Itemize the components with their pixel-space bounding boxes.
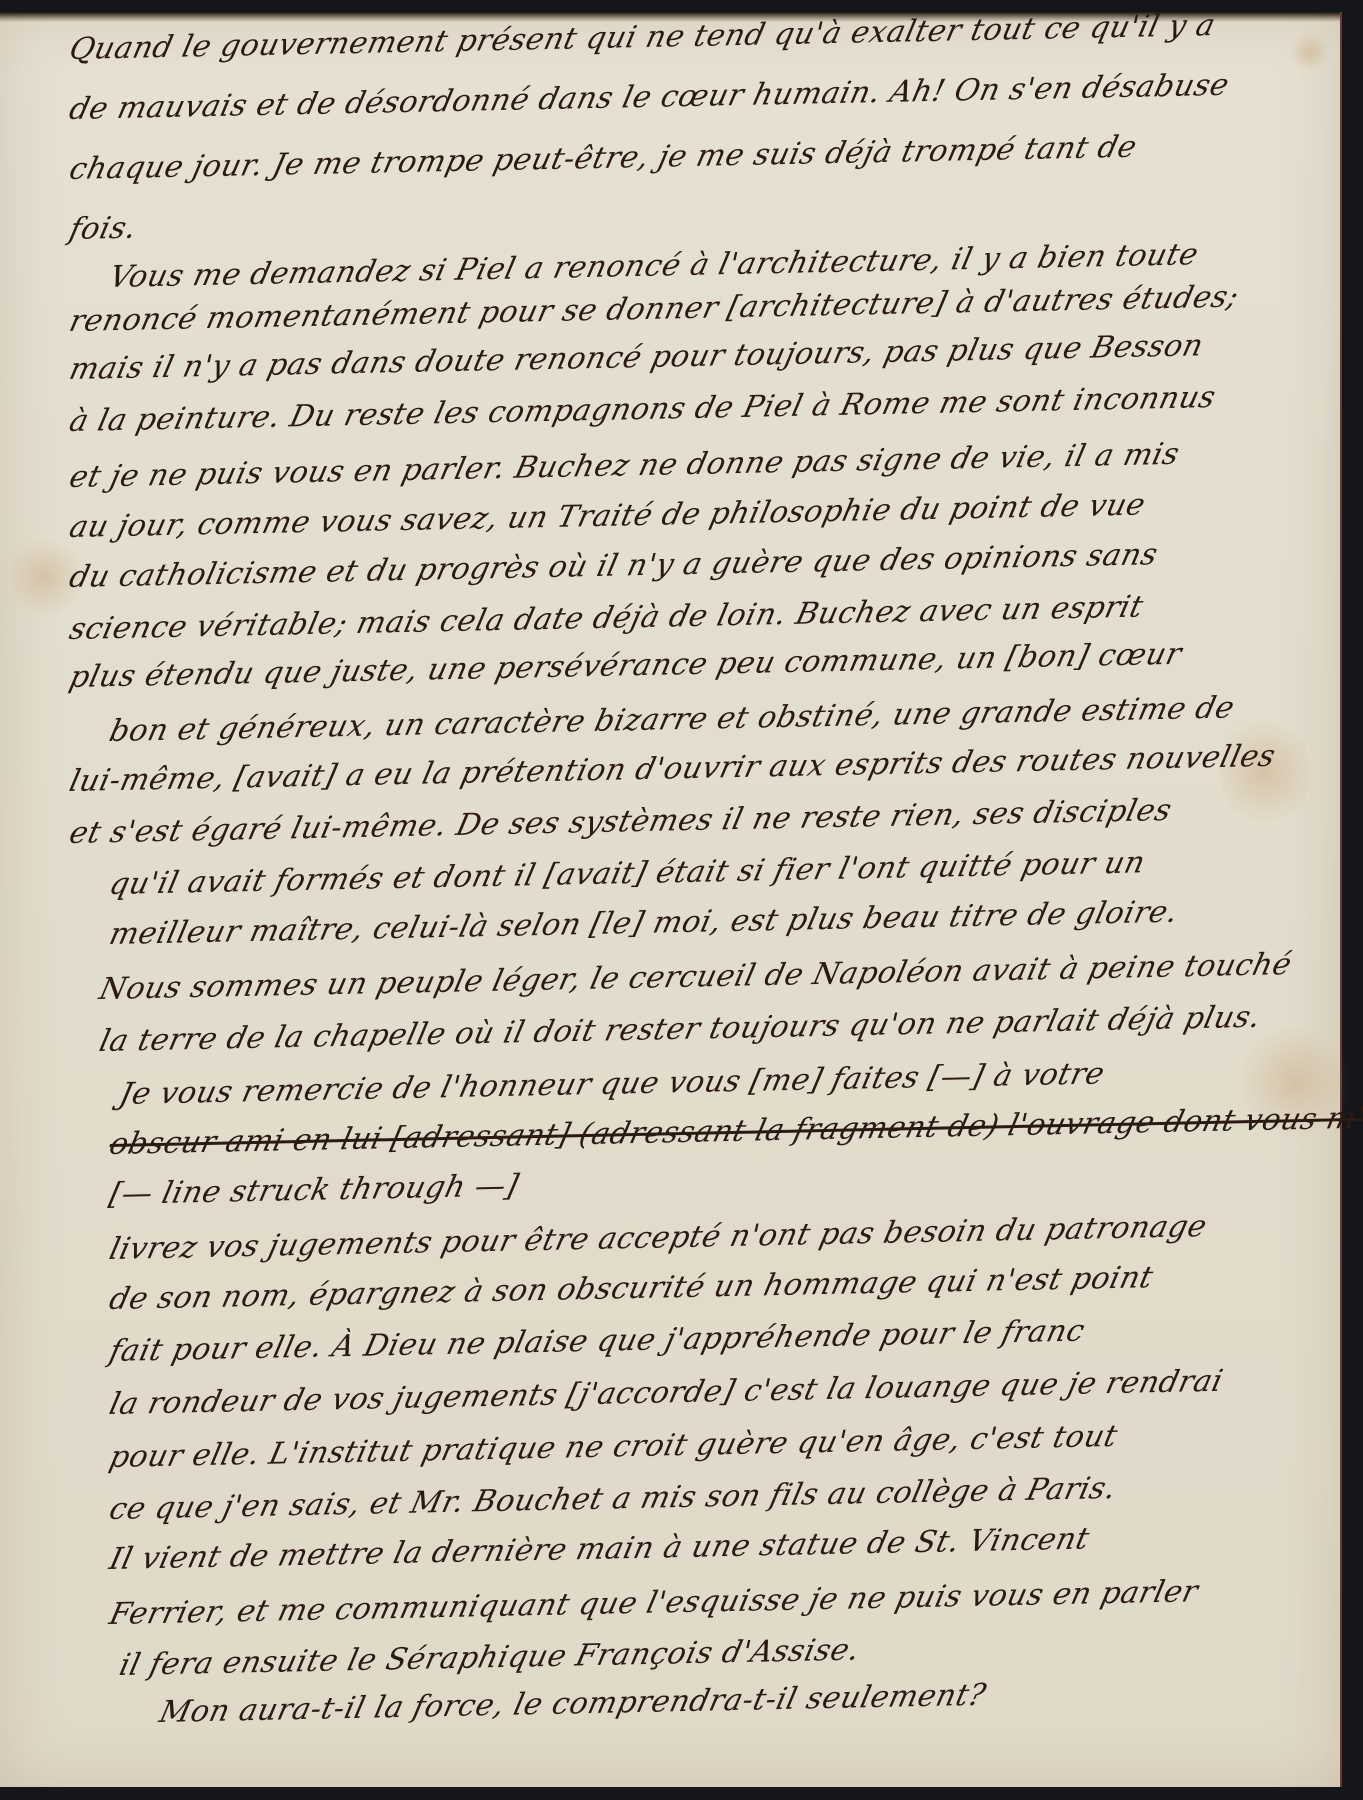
manuscript-line: bon et généreux, un caractère bizarre et…	[106, 690, 1238, 749]
manuscript-line: de son nom, épargnez à son obscurité un …	[106, 1260, 1157, 1317]
manuscript-line: qu'il avait formés et dont il [avait] ét…	[106, 845, 1149, 902]
manuscript-line: plus étendu que juste, une persévérance …	[66, 637, 1185, 695]
manuscript-line: et s'est égaré lui-même. De ses systèmes…	[66, 793, 1175, 851]
manuscript-line: et je ne puis vous en parler. Buchez ne …	[66, 437, 1183, 495]
manuscript-line: au jour, comme vous savez, un Traité de …	[66, 487, 1149, 545]
manuscript-line: du catholicisme et du progrès où il n'y …	[66, 537, 1161, 595]
manuscript-line: Quand le gouvernement présent qui ne ten…	[66, 8, 1219, 67]
manuscript-line: Je vous remercie de l'honneur que vous […	[116, 1056, 1108, 1112]
manuscript-line: il fera ensuite le Séraphique François d…	[116, 1632, 863, 1683]
manuscript-line: la terre de la chapelle où il doit reste…	[96, 1000, 1264, 1059]
manuscript-line: lui-même, [avait] a eu la prétention d'o…	[66, 739, 1279, 799]
manuscript-line: Ferrier, et me communiquant que l'esquis…	[106, 1574, 1202, 1632]
manuscript-line: la rondeur de vos jugements [j'accorde] …	[106, 1364, 1226, 1422]
manuscript-line: à la peinture. Du reste les compagnons d…	[66, 380, 1219, 439]
manuscript-line: Mon aura-t-il la force, le comprendra-t-…	[156, 1678, 989, 1730]
manuscript-line: fait pour elle. À Dieu ne plaise que j'a…	[106, 1314, 1088, 1370]
manuscript-line: chaque jour. Je me trompe peut-être, je …	[66, 130, 1140, 188]
manuscript-line: science véritable; mais cela date déjà d…	[66, 589, 1147, 647]
manuscript-page: Quand le gouvernement présent qui ne ten…	[0, 12, 1342, 1787]
manuscript-line: mais il n'y a pas dans doute renoncé pou…	[66, 328, 1207, 387]
manuscript-line: meilleur maître, celui-là selon [le] moi…	[106, 895, 1182, 953]
manuscript-line: ce que j'en sais, et Mr. Bouchet a mis s…	[106, 1471, 1120, 1527]
foxing-stain	[1290, 32, 1330, 72]
manuscript-line: pour elle. L'institut pratique ne croit …	[106, 1419, 1121, 1475]
manuscript-line: livrez vos jugements pour être accepté n…	[106, 1209, 1210, 1267]
manuscript-line: Il vient de mettre la dernière main à un…	[106, 1521, 1093, 1577]
manuscript-line: Nous sommes un peuple léger, le cercueil…	[96, 947, 1295, 1007]
manuscript-line: de mauvais et de désordonné dans le cœur…	[66, 68, 1233, 127]
manuscript-line: [— line struck through —]	[106, 1168, 522, 1212]
manuscript-line: fois.	[66, 211, 140, 248]
